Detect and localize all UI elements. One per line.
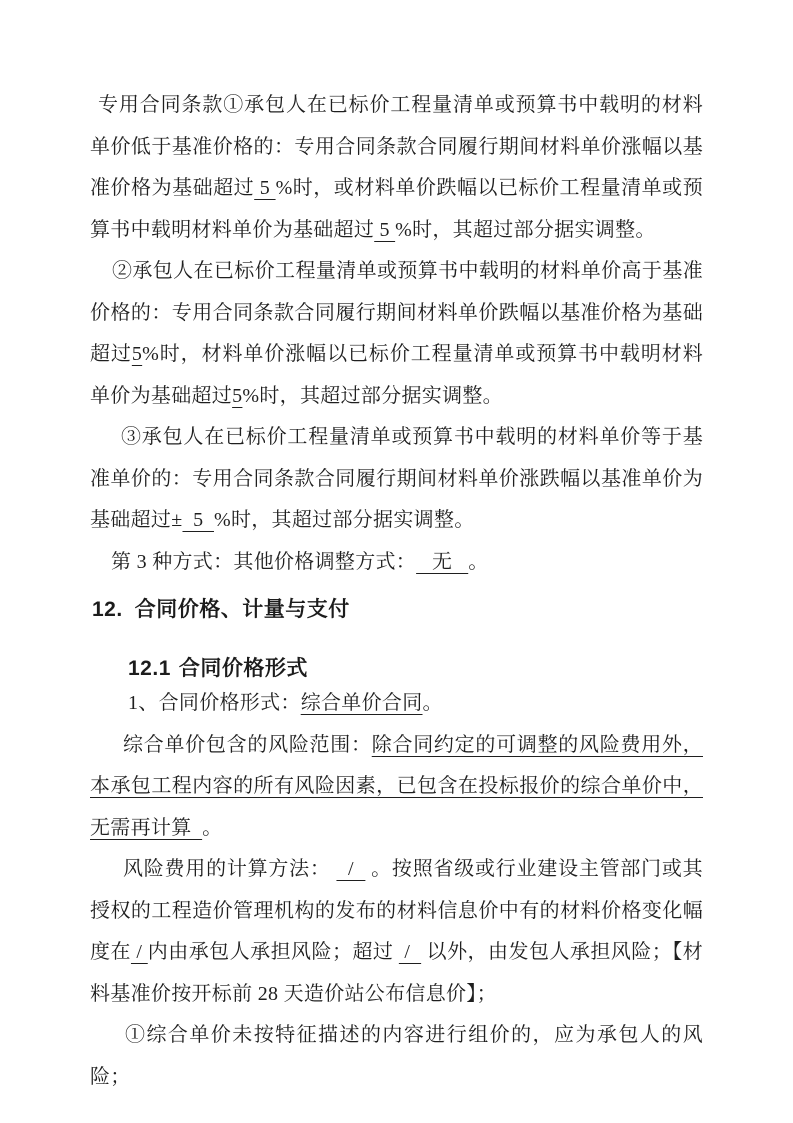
text-run: 第 3 种方式：其他价格调整方式：	[111, 551, 416, 573]
para-risk-fee-method: 风险费用的计算方法： / 。按照省级或行业建设主管部门或其授权的工程造价管理机构…	[90, 849, 703, 1015]
blank-field-slash-3: /	[399, 941, 421, 963]
text-run: %时，其超过部分据实调整。	[242, 385, 503, 407]
blank-field-percent-4: 5	[232, 385, 242, 407]
blank-field-percent-3: 5	[132, 343, 142, 365]
text-run: 。	[468, 551, 488, 573]
section-number: 12.	[92, 598, 123, 621]
text-run: 1、合同价格形式：	[128, 692, 301, 714]
text-run: %时，其超过部分据实调整。	[395, 219, 656, 241]
clause-other-price-adjustment: 第 3 种方式：其他价格调整方式： 无 。	[90, 542, 703, 584]
text-run: ①综合单价未按特征描述的内容进行组价的，应为承包人的风险；	[90, 1024, 703, 1088]
blank-field-slash-2: /	[131, 941, 148, 963]
para-item-1-contractor-risk: ①综合单价未按特征描述的内容进行组价的，应为承包人的风险；	[90, 1015, 703, 1098]
text-run: 。	[423, 692, 443, 714]
section-title: 合同价格、计量与支付	[135, 598, 350, 621]
para-risk-scope: 综合单价包含的风险范围：除合同约定的可调整的风险费用外，本承包工程内容的所有风险…	[90, 725, 703, 850]
clause-material-price-below-base: 专用合同条款①承包人在已标价工程量清单或预算书中载明的材料单价低于基准价格的：专…	[90, 85, 703, 251]
clause-material-price-above-base: ②承包人在已标价工程量清单或预算书中载明的材料单价高于基准价格的：专用合同条款合…	[90, 251, 703, 417]
text-run: 内由承包人承担风险；超过	[148, 941, 399, 963]
blank-field-slash-1: /	[336, 858, 365, 880]
section-12-heading: 12.合同价格、计量与支付	[92, 595, 703, 625]
text-run: 。	[202, 817, 222, 839]
section-12-1-heading: 12.1合同价格形式	[128, 655, 703, 683]
text-run: %时，其超过部分据实调整。	[214, 509, 475, 531]
blank-field-percent-2: 5	[374, 219, 395, 241]
blank-field-percent-1: 5	[254, 177, 275, 199]
para-contract-price-form: 1、合同价格形式：综合单价合同。	[90, 683, 703, 725]
section-number: 12.1	[128, 657, 171, 680]
section-title: 合同价格形式	[179, 657, 308, 680]
text-run: 风险费用的计算方法：	[123, 858, 336, 880]
clause-material-price-equal-base: ③承包人在已标价工程量清单或预算书中载明的材料单价等于基准单价的：专用合同条款合…	[90, 417, 703, 542]
blank-field-none: 无	[416, 551, 468, 573]
blank-field-percent-5: 5	[182, 509, 214, 531]
blank-field-price-form: 综合单价合同	[301, 692, 423, 714]
document-page: 专用合同条款①承包人在已标价工程量清单或预算书中载明的材料单价低于基准价格的：专…	[0, 0, 793, 1123]
text-run: 综合单价包含的风险范围：	[123, 734, 372, 756]
